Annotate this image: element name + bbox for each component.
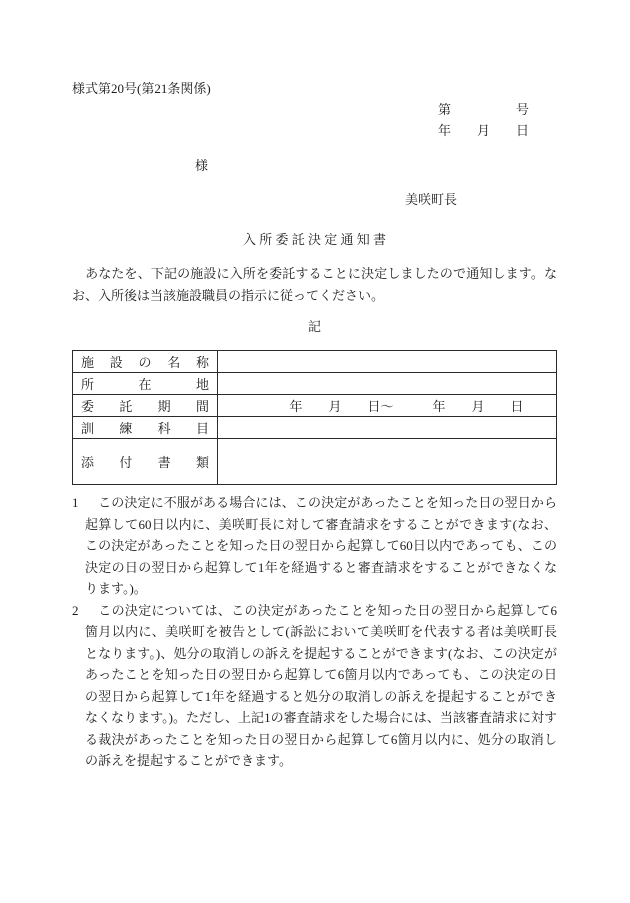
intro-paragraph: あなたを、下記の施設に入所を委託することに決定しましたので通知します。なお、入所…	[72, 263, 557, 306]
note-appeal-request: 1この決定に不服がある場合には、この決定があったことを知った日の翌日から起算して…	[72, 492, 557, 600]
document-content: 様式第20号(第21条関係) 第 号 年 月 日 様 美咲町長 入 所 委 託 …	[72, 0, 557, 772]
table-row-entrustment-period: 委託期間 年 月 日～ 年 月 日	[73, 395, 557, 417]
label-entrustment-period: 委託期間	[73, 395, 218, 417]
table-row-facility-name: 施設の名称	[73, 351, 557, 373]
label-attached-documents: 添付書類	[73, 439, 218, 485]
value-training-subject	[218, 417, 557, 439]
table-row-address: 所在地	[73, 373, 557, 395]
document-number-line: 第 号	[72, 103, 529, 116]
note-number: 2	[72, 600, 98, 622]
note-number: 1	[72, 492, 98, 514]
facility-table: 施設の名称 所在地 委託期間 年 月 日～ 年 月 日 訓練科目 添付書類	[72, 350, 557, 485]
table-row-attached-documents: 添付書類	[73, 439, 557, 485]
value-attached-documents	[218, 439, 557, 485]
label-facility-name: 施設の名称	[73, 351, 218, 373]
label-training-subject: 訓練科目	[73, 417, 218, 439]
document-page: 様式第20号(第21条関係) 第 号 年 月 日 様 美咲町長 入 所 委 託 …	[0, 0, 630, 903]
legal-notes: 1この決定に不服がある場合には、この決定があったことを知った日の翌日から起算して…	[72, 492, 557, 772]
reference-block: 第 号 年 月 日	[72, 103, 557, 137]
form-number: 様式第20号(第21条関係)	[72, 82, 557, 95]
note-text: この決定に不服がある場合には、この決定があったことを知った日の翌日から起算して6…	[85, 495, 557, 596]
note-lawsuit: 2この決定については、この決定があったことを知った日の翌日から起算して6箇月以内…	[72, 600, 557, 772]
document-date-line: 年 月 日	[72, 124, 529, 137]
value-facility-name	[218, 351, 557, 373]
sender-title: 美咲町長	[405, 193, 557, 206]
note-text: この決定については、この決定があったことを知った日の翌日から起算して6箇月以内に…	[85, 603, 557, 769]
value-entrustment-period: 年 月 日～ 年 月 日	[218, 395, 557, 417]
value-address	[218, 373, 557, 395]
table-row-training-subject: 訓練科目	[73, 417, 557, 439]
label-address: 所在地	[73, 373, 218, 395]
document-title: 入 所 委 託 決 定 通 知 書	[72, 233, 557, 246]
record-marker: 記	[72, 320, 557, 333]
addressee-honorific: 様	[195, 159, 557, 172]
